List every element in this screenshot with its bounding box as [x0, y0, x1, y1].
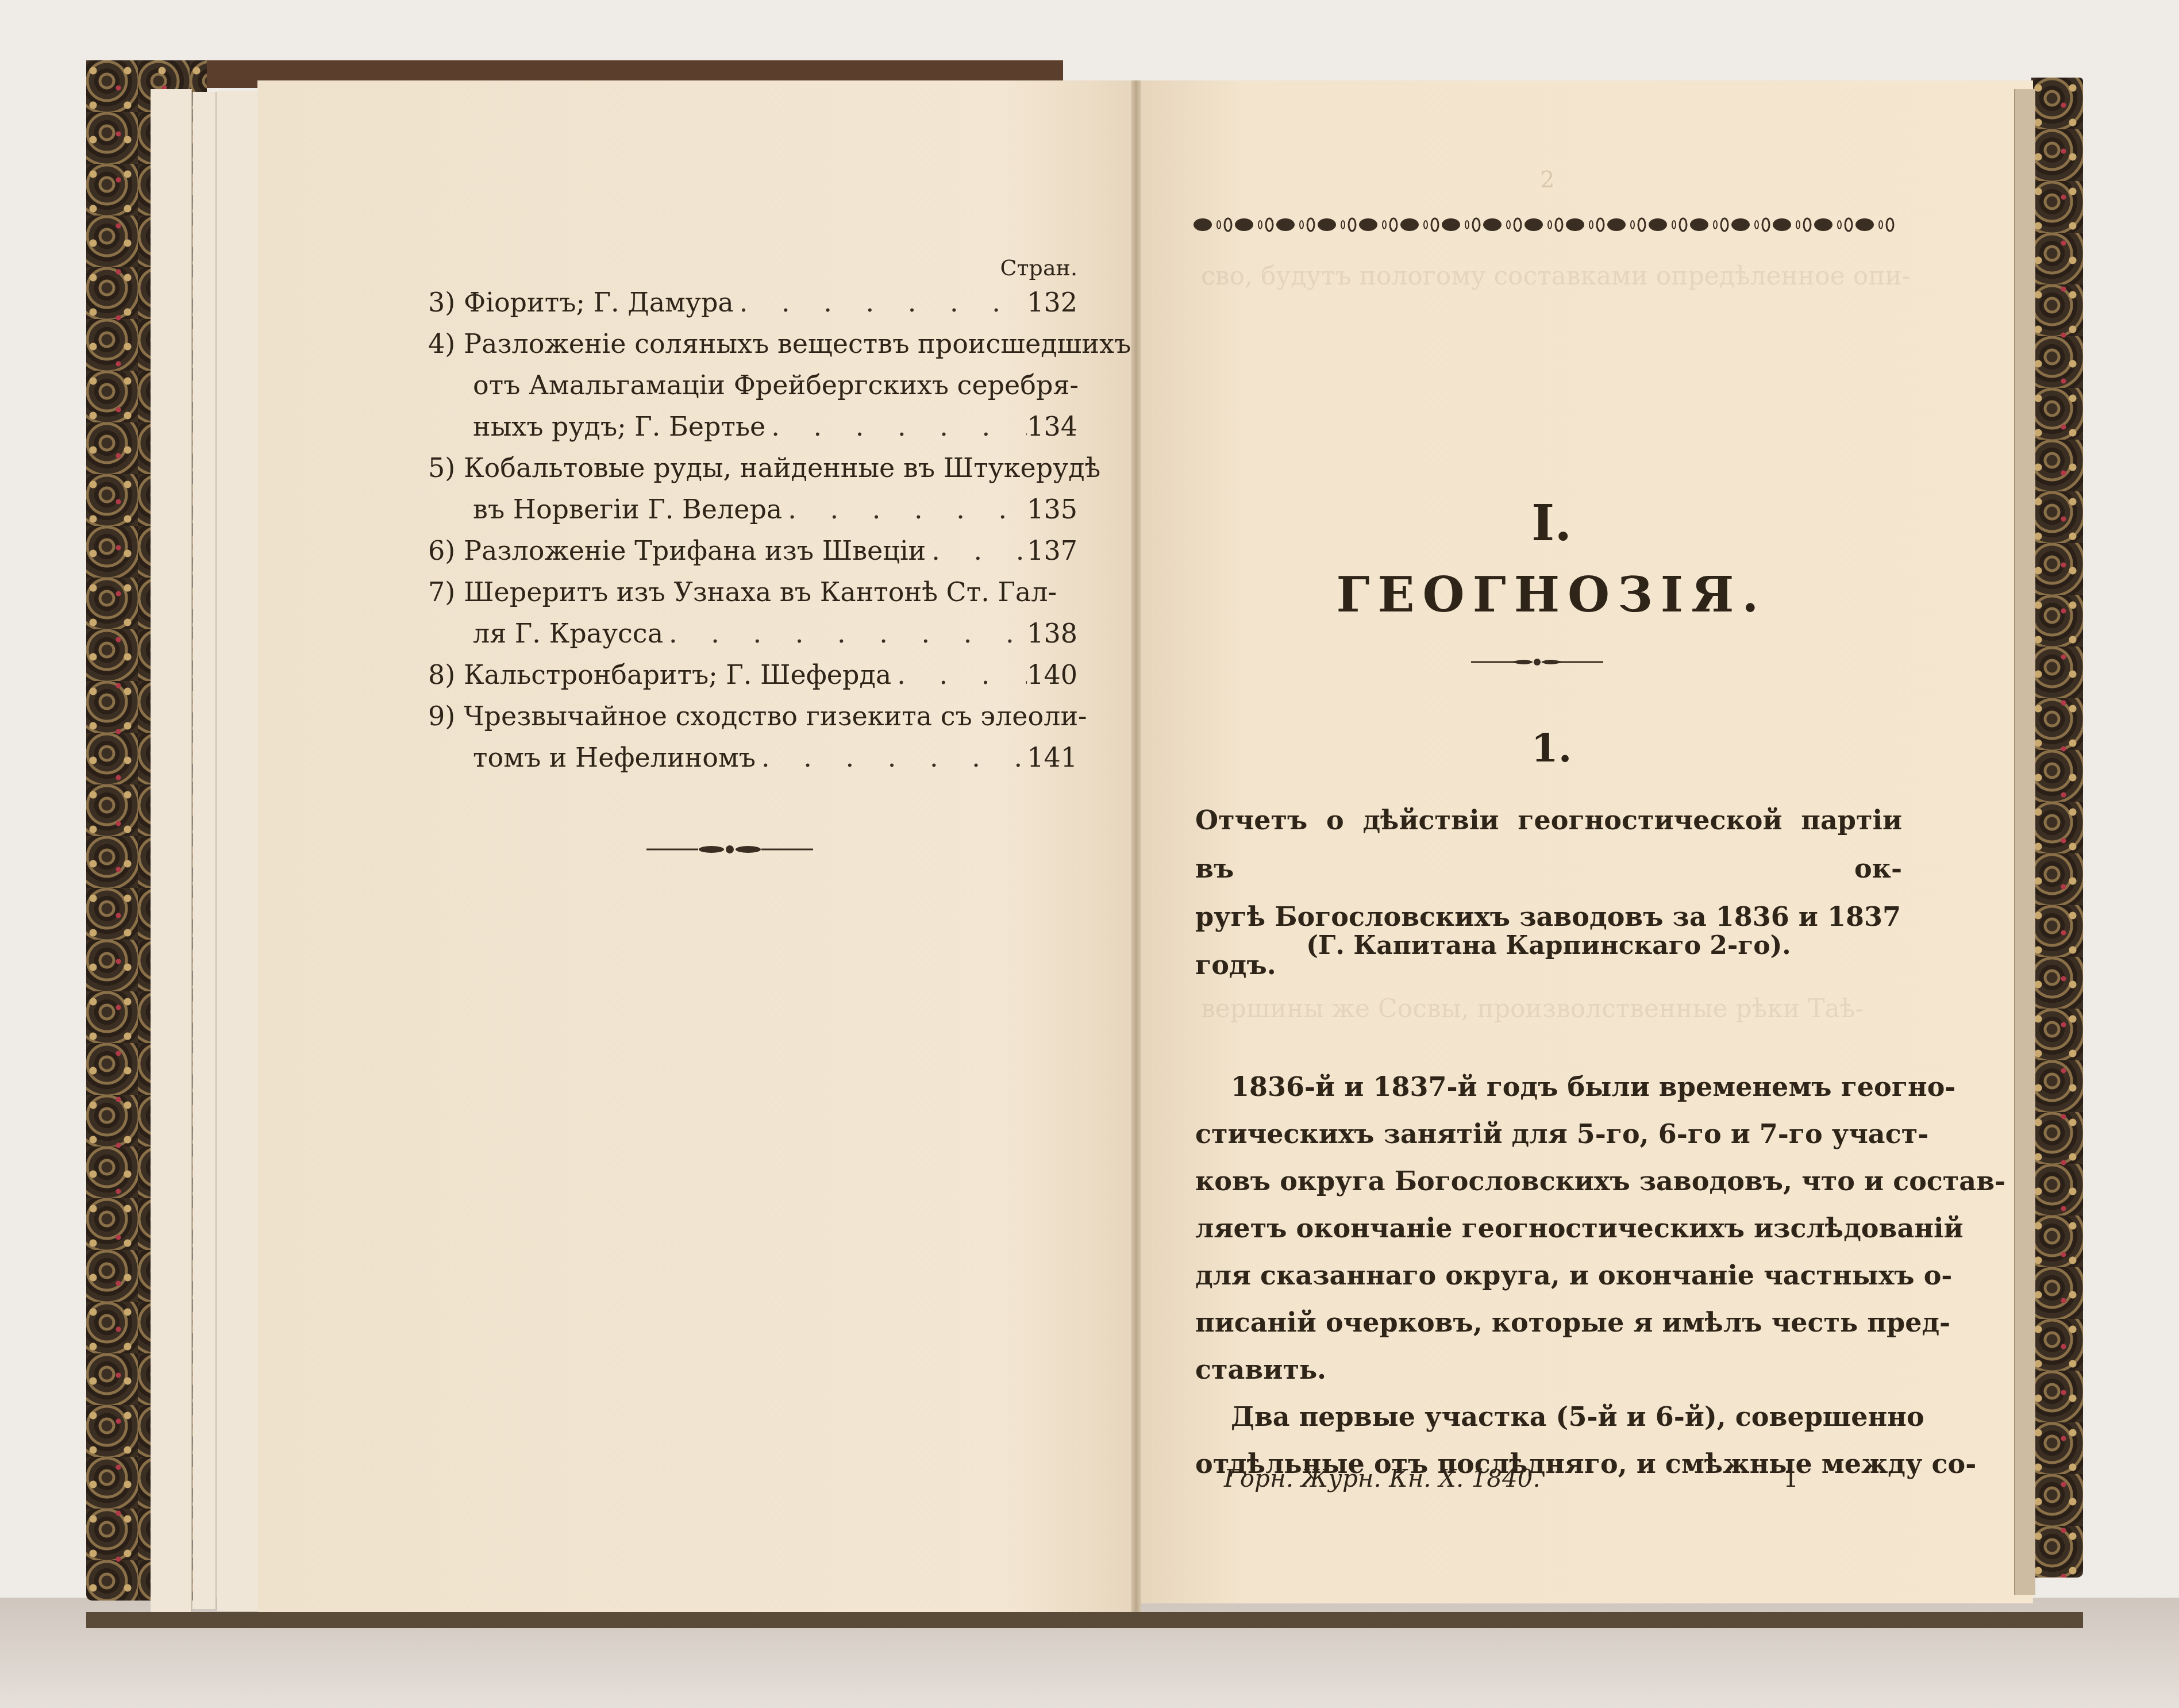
toc-entry[interactable]: 6) Разложеніе Трифана изъ Швеціи 137	[428, 530, 1077, 571]
show-through-text: вершины же Сосвы, произволственные рѣки …	[1201, 994, 1864, 1024]
toc-entry[interactable]: 5)Кобальтовые руды, найденные въ Штукеру…	[428, 447, 1077, 530]
sheet-number: 1	[1730, 1464, 1799, 1492]
section-title: ГЕОГНОЗІЯ.	[1264, 566, 1839, 623]
flyleaf	[151, 89, 192, 1612]
page-footer: Горн. Журн. Кн. X. 1840. 1	[1224, 1464, 1799, 1492]
toc-page-number: 137	[1027, 530, 1077, 571]
body-line: ставить.	[1195, 1346, 1902, 1393]
section-divider-icon	[1471, 656, 1603, 668]
leader-dots	[756, 737, 1027, 778]
signature-mark: Горн. Журн. Кн. X. 1840.	[1224, 1464, 1730, 1492]
article-byline: (Г. Капитана Карпинскаго 2-го).	[1195, 931, 1902, 960]
body-line: ковъ округа Богословскихъ заводовъ, что …	[1195, 1157, 1902, 1205]
decorative-border-icon	[1192, 216, 1899, 234]
article-number: 1.	[1264, 725, 1839, 771]
toc-entry[interactable]: 9)Чрезвычайное сходство гизекита съ элео…	[428, 695, 1077, 778]
flyleaf	[193, 92, 217, 1609]
show-through-text: сво, будутъ пологому составками опредѣле…	[1201, 261, 1911, 291]
body-line: стическихъ занятій для 5-го, 6-го и 7-го…	[1195, 1110, 1902, 1157]
toc-page-number: 141	[1027, 737, 1077, 778]
toc-page-number: 132	[1027, 282, 1077, 323]
body-line: писаній очерковъ, которые я имѣлъ честь …	[1195, 1299, 1902, 1346]
leader-dots	[765, 406, 1027, 447]
leader-dots	[926, 530, 1027, 571]
toc-entry[interactable]: 4)Разложеніе соляныхъ веществъ происшедш…	[428, 323, 1077, 447]
flyleaf	[217, 91, 259, 1611]
table-of-contents: Стран. 3) Фіоритъ; Г. Дамура 132 4)Разло…	[428, 247, 1077, 778]
toc-entry[interactable]: 8) Кальстронбаритъ; Г. Шеферда 140	[428, 654, 1077, 695]
body-line: Два первые участка (5-й и 6-й), совершен…	[1195, 1393, 1902, 1440]
body-line: 1836-й и 1837-й годъ были временемъ геог…	[1195, 1063, 1902, 1110]
marbled-cover-right	[2031, 78, 2083, 1578]
page-block-edge	[2014, 89, 2035, 1595]
section-number: I.	[1264, 494, 1839, 552]
body-line: для сказаннаго округа, и окончаніе частн…	[1195, 1252, 1902, 1299]
article-body: 1836-й и 1837-й годъ были временемъ геог…	[1195, 1063, 1902, 1487]
page-column-header: Стран.	[428, 247, 1077, 282]
leader-dots	[782, 488, 1027, 530]
toc-entry[interactable]: 7)Шереритъ изъ Узнаха въ Кантонѣ Ст. Гал…	[428, 571, 1077, 654]
cover-bottom-edge	[86, 1612, 2083, 1628]
toc-page-number: 135	[1027, 488, 1077, 530]
show-through-page-number: 2	[1540, 167, 1554, 193]
leader-dots	[891, 654, 1027, 695]
toc-page-number: 140	[1027, 654, 1077, 695]
leader-dots	[734, 282, 1027, 323]
leader-dots	[663, 613, 1027, 654]
tailpiece-ornament-icon	[644, 845, 816, 854]
book-gutter	[1131, 80, 1141, 1612]
toc-page-number: 134	[1027, 406, 1077, 447]
toc-entry[interactable]: 3) Фіоритъ; Г. Дамура 132	[428, 282, 1077, 323]
body-line: ляетъ окончаніе геогностическихъ изслѣдо…	[1195, 1205, 1902, 1252]
toc-page-number: 138	[1027, 613, 1077, 654]
